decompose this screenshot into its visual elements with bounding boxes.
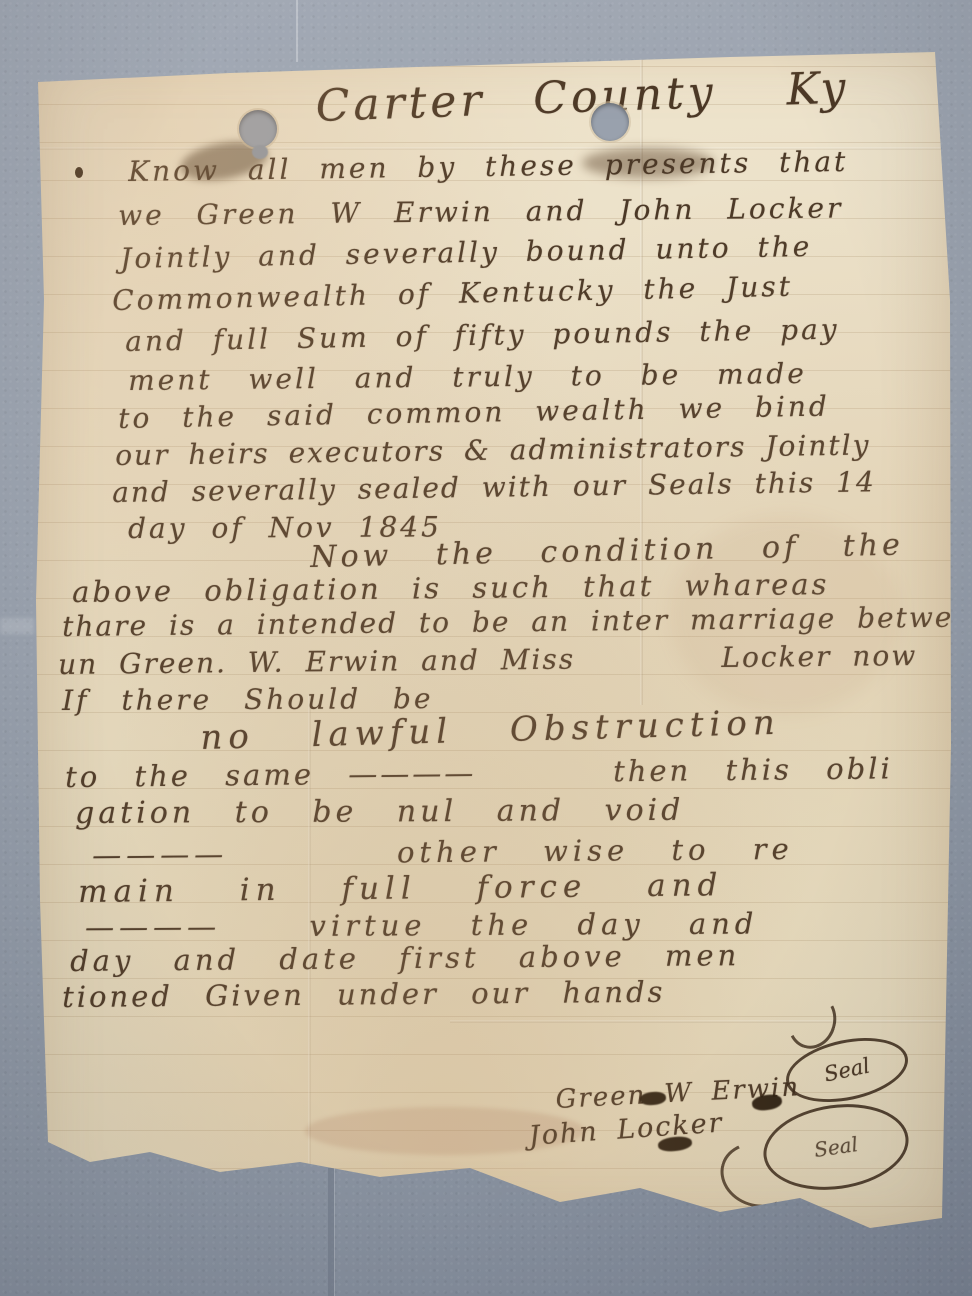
seal-label: Seal [822,1055,871,1085]
title-place: Carter County [315,67,718,132]
seal-label: Seal [813,1134,859,1160]
seal-stamp: Seal [758,1095,914,1199]
handwriting-line: and full Sum of fifty pounds the pay [125,316,840,356]
handwriting-line: ———— virtue the day and [85,909,759,942]
handwriting-line: gation to be nul and void [75,796,684,829]
handwriting-line: ment well and truly to be made [128,360,807,395]
handwriting-line: day and date first above men [70,941,740,976]
background-seam-top [296,0,298,62]
handwriting-line: thare is a intended to be an inter marri… [62,604,954,641]
handwriting-line: we Green W Erwin and John Locker [118,194,844,230]
handwriting-line: Know all men by these presents that [128,148,849,186]
punch-hole-left [239,110,277,148]
document-paper: Carter CountyKy Know all men by these pr… [30,45,955,1235]
handwriting-line: above obligation is such that whareas [72,570,830,607]
handwriting-line: and severally sealed with our Seals this… [112,468,876,507]
handwriting-line: un Green. W. Erwin and Miss Locker now [58,642,917,679]
fold-crease-horizontal-bottom [450,1020,955,1023]
background-seam-bottom [328,1168,334,1296]
title-line: Carter CountyKy [315,66,850,129]
ink-speck [75,167,83,178]
handwriting-line: to the said common wealth we bind [118,393,830,433]
photo-background: Carter CountyKy Know all men by these pr… [0,0,972,1296]
signature-john-locker: John Locker [528,1109,724,1150]
handwriting-line: Jointly and severally bound unto the [120,233,813,273]
handwriting-line: tioned Given under our hands [62,978,666,1012]
handwriting-line: main in full force and [78,870,724,908]
punch-hole-right [591,103,629,141]
title-state: Ky [786,62,851,115]
background-band-left [0,618,34,634]
handwriting-line: our heirs executors & administrators Joi… [115,431,871,470]
handwriting-line: ———— other wise to re [92,835,794,870]
handwriting-line: to the same ———— then this obli [65,754,893,792]
handwriting-line: If there Should be [62,685,434,715]
handwriting-line: Commonwealth of Kentucky the Just [112,273,793,315]
